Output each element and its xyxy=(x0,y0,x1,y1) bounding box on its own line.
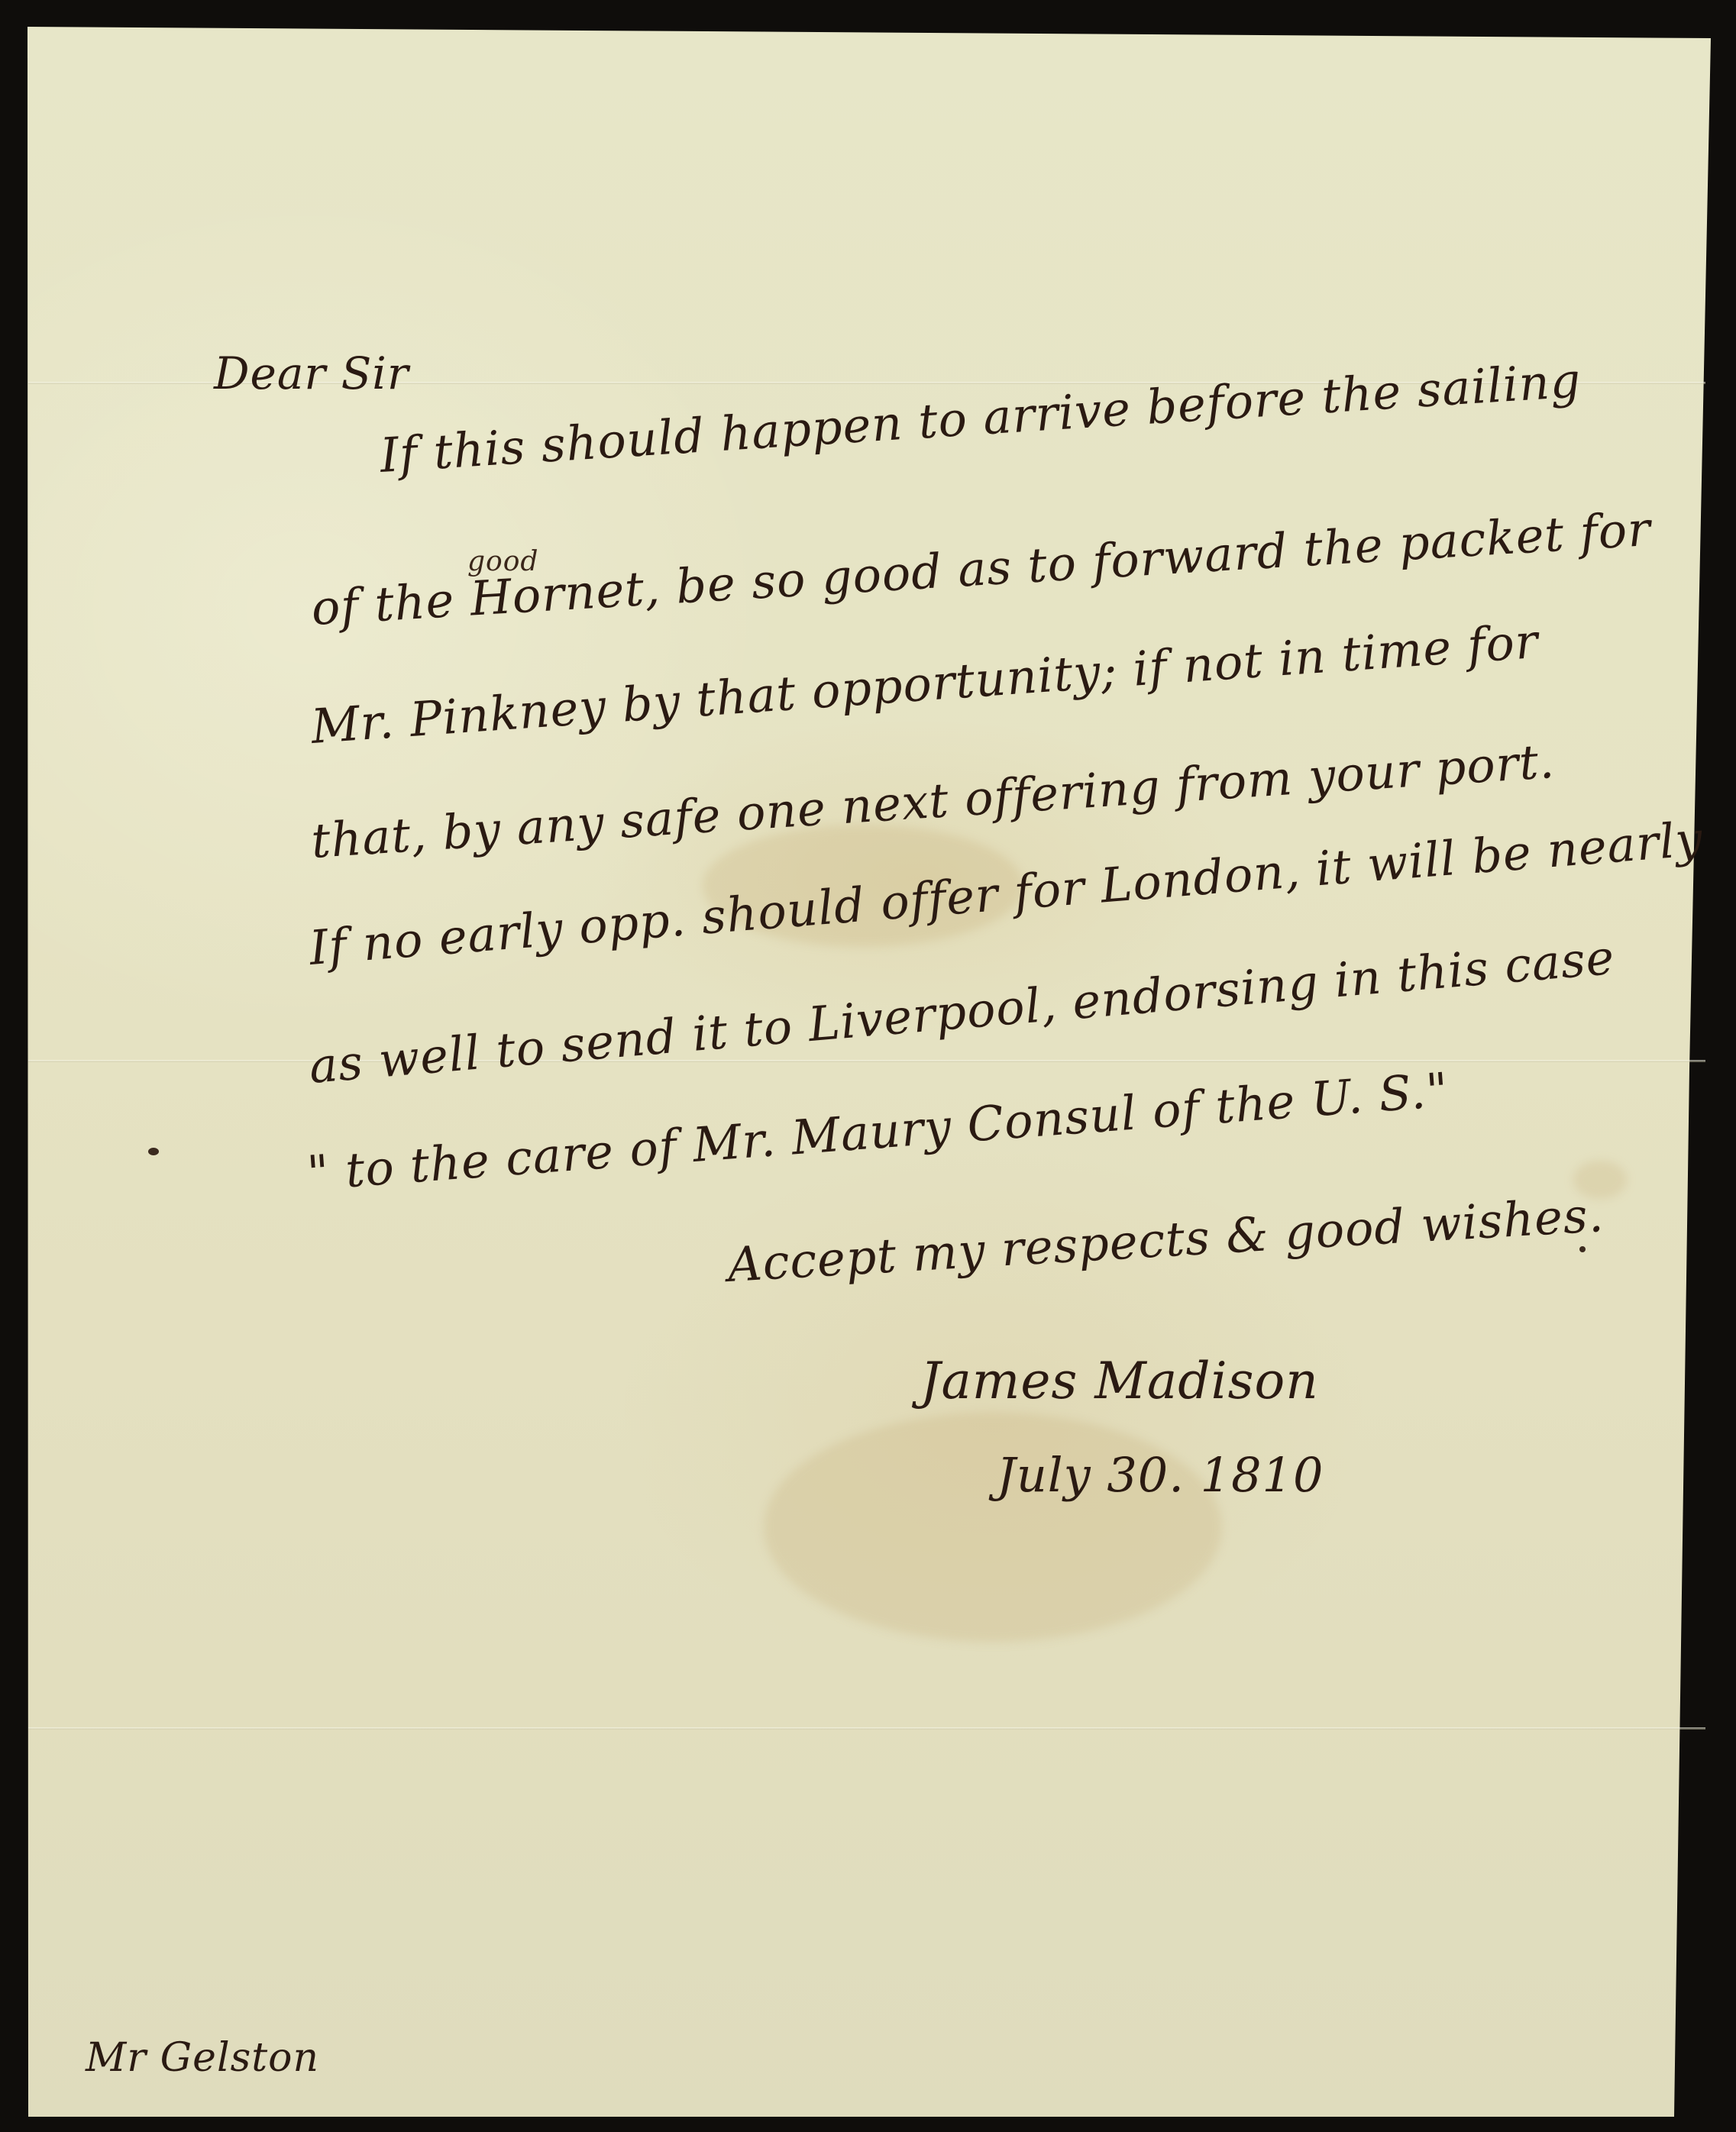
letter-paper xyxy=(0,0,1736,2132)
salutation: Dear Sir xyxy=(214,347,409,399)
signature: James Madison xyxy=(920,1352,1319,1410)
addressee: Mr Gelston xyxy=(86,2035,319,2081)
date: July 30. 1810 xyxy=(997,1447,1324,1503)
fold-line-middle xyxy=(28,1060,1705,1062)
ink-spot xyxy=(148,1148,159,1155)
ink-spot xyxy=(1579,1246,1586,1252)
fold-line-bottom xyxy=(28,1727,1705,1730)
